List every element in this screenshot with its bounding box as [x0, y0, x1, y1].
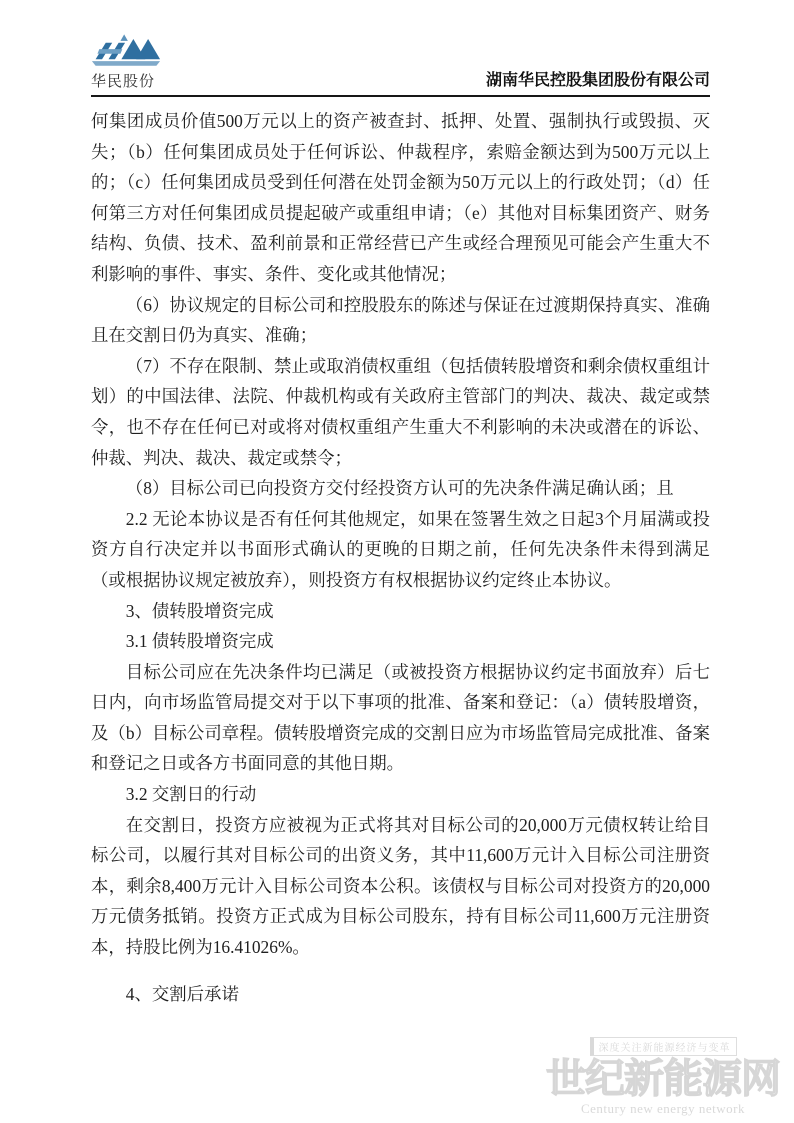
brand-block: 华民股份: [91, 34, 161, 91]
document-body: 何集团成员价值500万元以上的资产被查封、抵押、处置、强制执行或毁损、灭失；（b…: [91, 106, 710, 1009]
paragraph: （6）协议规定的目标公司和控股股东的陈述与保证在过渡期保持真实、准确且在交割日仍…: [91, 290, 710, 351]
watermark-tagline: 深度关注新能源经济与变革: [590, 1037, 737, 1056]
huamin-logo-icon: [91, 34, 161, 68]
paragraph: 在交割日，投资方应被视为正式将其对目标公司的20,000万元债权转让给目标公司，…: [91, 810, 710, 963]
watermark: 深度关注新能源经济与变革 世纪新能源网 Century new energy n…: [538, 1037, 788, 1117]
section-heading: 3.1 债转股增资完成: [91, 626, 710, 657]
paragraph: （8）目标公司已向投资方交付经投资方认可的先决条件满足确认函；且: [91, 473, 710, 504]
paragraph: 2.2 无论本协议是否有任何其他规定，如果在签署生效之日起3个月届满或投资方自行…: [91, 504, 710, 596]
company-name: 湖南华民控股集团股份有限公司: [486, 67, 710, 91]
paragraph: 何集团成员价值500万元以上的资产被查封、抵押、处置、强制执行或毁损、灭失；（b…: [91, 106, 710, 290]
watermark-site-name: 世纪新能源网: [538, 1058, 788, 1100]
paragraph: 目标公司应在先决条件均已满足（或被投资方根据协议约定书面放弃）后七日内，向市场监…: [91, 657, 710, 779]
paragraph: （7）不存在限制、禁止或取消债权重组（包括债转股增资和剩余债权重组计划）的中国法…: [91, 351, 710, 473]
page-header: 华民股份 湖南华民控股集团股份有限公司: [91, 34, 710, 91]
document-page: 华民股份 湖南华民控股集团股份有限公司 何集团成员价值500万元以上的资产被查封…: [0, 0, 794, 1123]
section-heading: 4、交割后承诺: [91, 979, 710, 1010]
header-divider: [91, 95, 710, 97]
watermark-site-name-en: Century new energy network: [538, 1101, 788, 1117]
section-heading: 3.2 交割日的行动: [91, 779, 710, 810]
section-heading: 3、债转股增资完成: [91, 596, 710, 627]
logo-text: 华民股份: [91, 70, 155, 91]
